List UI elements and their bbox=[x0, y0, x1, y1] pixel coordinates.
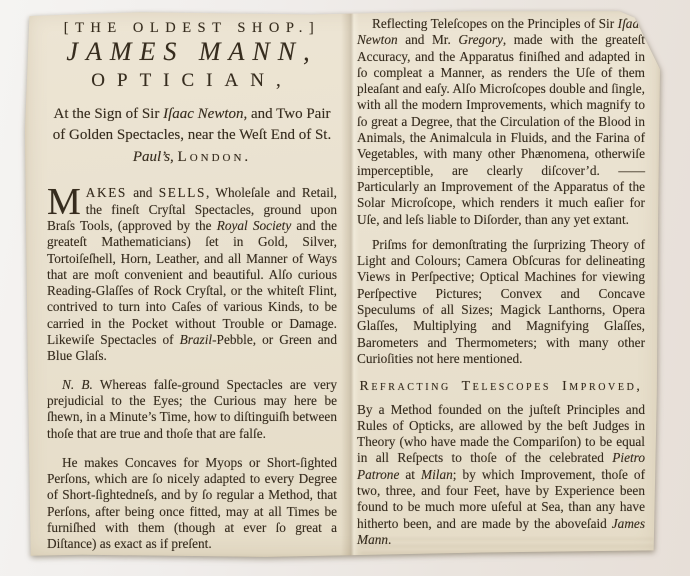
paragraph-nota-bene: N. B. Whereas falſe-ground Spectacles ar… bbox=[47, 377, 337, 442]
gregory-italic: Gregory bbox=[458, 32, 503, 47]
shop-address: At the Sign of Sir Iſaac Newton, and Two… bbox=[47, 104, 337, 169]
paragraph-concaves: He makes Concaves for Myops or Short-ſig… bbox=[47, 455, 337, 553]
paragraph-text: By a Method founded on the juſteſt Princ… bbox=[357, 402, 645, 466]
backdrop: [THE OLDEST SHOP.] JAMES MANN, OPTICIAN,… bbox=[0, 0, 690, 576]
paragraph-text: , made with the greateſt Accuracy, and t… bbox=[357, 32, 645, 226]
paragraph-refracting-method: By a Method founded on the juſteſt Princ… bbox=[357, 402, 645, 549]
address-pauls: Paul’s bbox=[133, 149, 170, 165]
paragraph-text: SELLS bbox=[159, 185, 206, 200]
paragraph-text: . bbox=[388, 532, 391, 547]
brazil-italic: Brazil bbox=[180, 332, 213, 347]
profession-title: OPTICIAN, bbox=[47, 73, 337, 89]
newspaper-clipping: [THE OLDEST SHOP.] JAMES MANN, OPTICIAN,… bbox=[25, 9, 660, 558]
paragraph-text: AKES bbox=[86, 185, 127, 200]
drop-cap-m: M bbox=[47, 185, 86, 217]
address-london: London. bbox=[178, 149, 252, 165]
paragraph-prisms: Priſms for demonſtrating the ſurprizing … bbox=[357, 237, 645, 367]
paragraph-reflecting-telescopes: Reflecting Teleſcopes on the Principles … bbox=[357, 16, 645, 228]
shop-name: JAMES MANN, bbox=[47, 44, 337, 60]
section-heading-refracting-telescopes: Refracting Telescopes Improved, bbox=[357, 378, 645, 394]
milan-italic: Milan bbox=[421, 467, 453, 482]
royal-society-italic: Royal Society bbox=[217, 218, 292, 233]
paragraph-makes-and-sells: MAKES and SELLS, Wholeſale and Retail, t… bbox=[47, 185, 337, 364]
paragraph-text: Reflecting Teleſcopes on the Principles … bbox=[372, 16, 618, 31]
paragraph-text: and the greateſt Mathematicians) ſet in … bbox=[47, 218, 337, 347]
masthead: [THE OLDEST SHOP.] bbox=[47, 20, 337, 36]
address-isaac-newton: Iſaac Newton bbox=[163, 106, 243, 122]
left-column: [THE OLDEST SHOP.] JAMES MANN, OPTICIAN,… bbox=[47, 9, 337, 553]
address-text: , bbox=[170, 149, 178, 165]
right-column: Reflecting Teleſcopes on the Principles … bbox=[357, 9, 645, 548]
paragraph-text: and bbox=[127, 185, 159, 200]
paragraph-text: at bbox=[399, 467, 421, 482]
address-text: At the Sign of Sir bbox=[54, 106, 164, 122]
paragraph-text: and Mr. bbox=[398, 32, 459, 47]
nb-abbreviation: N. B. bbox=[62, 377, 93, 392]
